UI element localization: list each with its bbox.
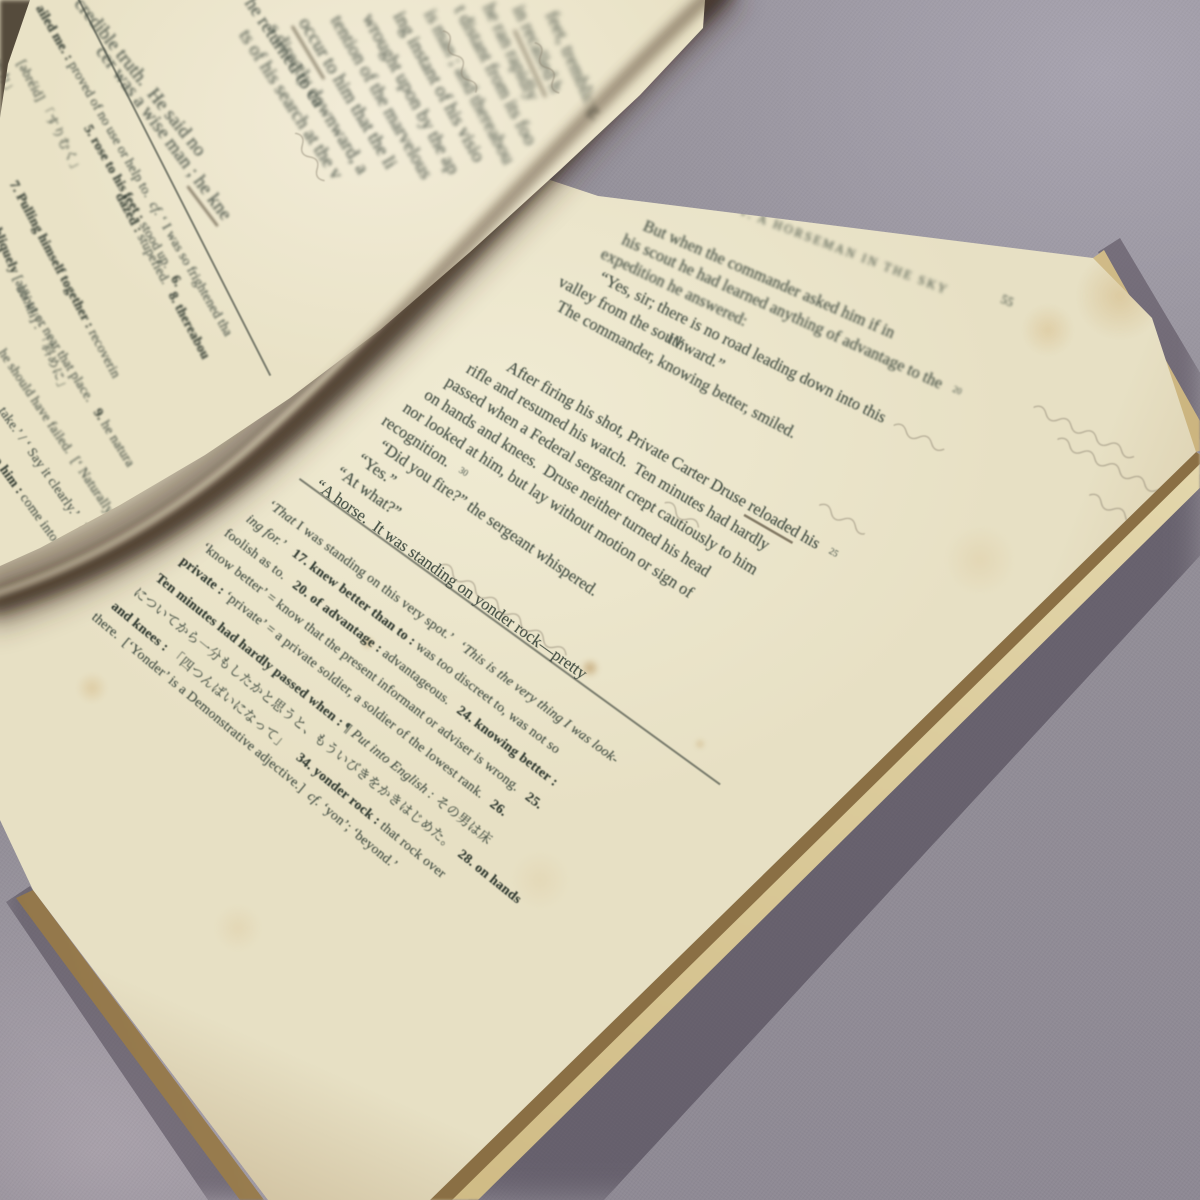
pencil-scribble xyxy=(888,420,956,465)
margin-line-number: 30 xyxy=(457,465,470,478)
foxing-spot xyxy=(944,524,1016,596)
margin-line-number: 20 xyxy=(951,384,963,397)
photo-open-book-on-fabric: V. A HORSEMAN IN THE SKY55IVBut when the… xyxy=(0,0,1200,1200)
margin-line-number: 25 xyxy=(827,546,840,559)
text-segment: ailed me. : xyxy=(33,2,77,63)
text-segment: 28. on hands xyxy=(454,847,524,907)
foxing-spot xyxy=(1022,304,1074,356)
foxing-spot xyxy=(76,672,108,704)
text-segment: 「すりむく」 xyxy=(37,100,87,177)
foxing-spot xyxy=(214,904,262,952)
text-segment: he natura xyxy=(96,415,138,470)
text-segment: 7. Pulling himself together : xyxy=(7,178,98,331)
text-segment: he kne xyxy=(188,172,236,225)
text-segment: recoverin xyxy=(84,324,124,381)
text-segment: obliquely xyxy=(0,219,23,276)
page-number: 55 xyxy=(998,292,1015,311)
foxing-spot xyxy=(694,738,706,750)
